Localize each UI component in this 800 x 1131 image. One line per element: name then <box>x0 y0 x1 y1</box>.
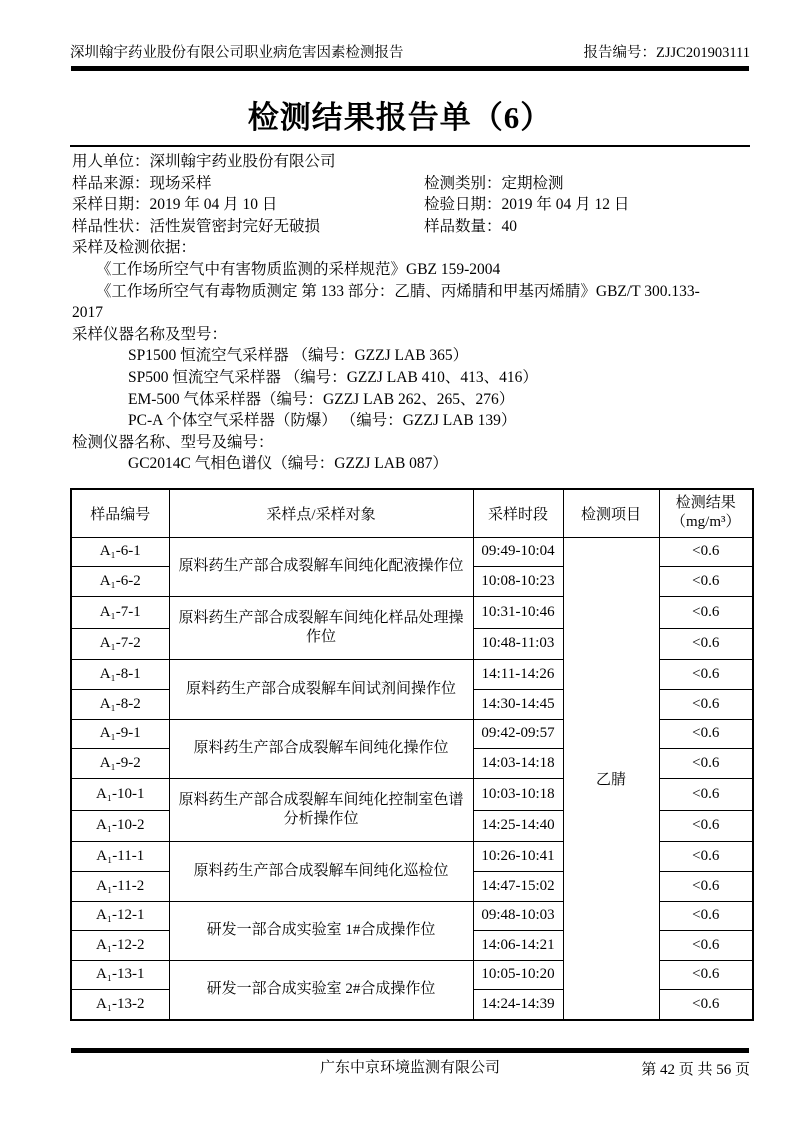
sample-id-cell: A₁-13-1 <box>71 960 169 990</box>
sample-id-cell: A₁-13-2 <box>71 990 169 1020</box>
col-header-test-item: 检测项目 <box>563 489 659 537</box>
result-cell: <0.6 <box>659 628 753 660</box>
sample-source-line: 样品来源：现场采样 检测类别：定期检测 <box>72 173 750 195</box>
table-header-row: 样品编号 采样点/采样对象 采样时段 检测项目 检测结果 （mg/m³） <box>71 489 753 537</box>
time-cell: 14:30-14:45 <box>473 689 563 719</box>
sample-id-cell: A₁-12-2 <box>71 931 169 961</box>
table-row: A₁-6-1 原料药生产部合成裂解车间纯化配液操作位 09:49-10:04 乙… <box>71 537 753 567</box>
employer-line: 用人单位：深圳翰宇药业股份有限公司 <box>72 151 750 173</box>
results-table: 样品编号 采样点/采样对象 采样时段 检测项目 检测结果 （mg/m³） A₁-… <box>70 488 754 1021</box>
result-cell: <0.6 <box>659 810 753 842</box>
sampling-point-cell: 原料药生产部合成裂解车间试剂间操作位 <box>169 660 473 719</box>
time-cell: 10:08-10:23 <box>473 567 563 597</box>
time-cell: 14:03-14:18 <box>473 749 563 779</box>
sample-id-cell: A₁-7-2 <box>71 628 169 660</box>
sample-id-cell: A₁-9-1 <box>71 719 169 749</box>
footer-rule <box>71 1048 749 1053</box>
time-cell: 10:48-11:03 <box>473 628 563 660</box>
sampling-instrument-item: PC-A 个体空气采样器（防爆） （编号：GZZJ LAB 139） <box>72 410 750 432</box>
time-cell: 14:24-14:39 <box>473 990 563 1020</box>
sample-condition: 样品性状：活性炭管密封完好无破损 <box>72 218 320 235</box>
time-cell: 14:06-14:21 <box>473 931 563 961</box>
sample-source: 样品来源：现场采样 <box>72 175 212 192</box>
sample-id-cell: A₁-8-2 <box>71 689 169 719</box>
test-category: 检测类别：定期检测 <box>424 173 564 195</box>
time-cell: 14:25-14:40 <box>473 810 563 842</box>
sample-id-cell: A₁-10-1 <box>71 778 169 810</box>
sample-id-cell: A₁-6-2 <box>71 567 169 597</box>
basis-ref-1: 《工作场所空气中有害物质监测的采样规范》GBZ 159-2004 <box>72 259 750 281</box>
result-cell: <0.6 <box>659 537 753 567</box>
sampling-instrument-item: EM-500 气体采样器（编号：GZZJ LAB 262、265、276） <box>72 389 750 411</box>
result-cell: <0.6 <box>659 931 753 961</box>
header-rule <box>71 66 749 71</box>
test-item-cell: 乙腈 <box>563 537 659 1020</box>
sample-id-cell: A₁-10-2 <box>71 810 169 842</box>
sampling-instrument-item: SP500 恒流空气采样器 （编号：GZZJ LAB 410、413、416） <box>72 367 750 389</box>
sample-condition-line: 样品性状：活性炭管密封完好无破损 样品数量：40 <box>72 216 750 238</box>
page-header: 深圳翰宇药业股份有限公司职业病危害因素检测报告 报告编号：ZJJC2019031… <box>70 44 750 62</box>
sample-id-cell: A₁-6-1 <box>71 537 169 567</box>
test-instruments-heading: 检测仪器名称、型号及编号： <box>72 432 750 454</box>
result-cell: <0.6 <box>659 660 753 690</box>
time-cell: 10:05-10:20 <box>473 960 563 990</box>
sample-quantity: 样品数量：40 <box>424 216 517 238</box>
time-cell: 09:48-10:03 <box>473 901 563 931</box>
sampling-date: 采样日期：2019 年 04 月 10 日 <box>72 196 277 213</box>
sampling-point-cell: 原料药生产部合成裂解车间纯化控制室色谱分析操作位 <box>169 778 473 842</box>
sampling-point-cell: 研发一部合成实验室 1#合成操作位 <box>169 901 473 960</box>
time-cell: 10:31-10:46 <box>473 596 563 628</box>
sample-id-cell: A₁-11-2 <box>71 871 169 901</box>
info-section: 用人单位：深圳翰宇药业股份有限公司 样品来源：现场采样 检测类别：定期检测 采样… <box>72 151 750 475</box>
sampling-point-cell: 原料药生产部合成裂解车间纯化配液操作位 <box>169 537 473 596</box>
time-cell: 10:03-10:18 <box>473 778 563 810</box>
sample-id-cell: A₁-12-1 <box>71 901 169 931</box>
result-cell: <0.6 <box>659 567 753 597</box>
result-cell: <0.6 <box>659 719 753 749</box>
report-page: 深圳翰宇药业股份有限公司职业病危害因素检测报告 报告编号：ZJJC2019031… <box>0 0 800 1131</box>
sample-id-cell: A₁-8-1 <box>71 660 169 690</box>
result-cell: <0.6 <box>659 842 753 872</box>
test-instrument-item: GC2014C 气相色谱仪（编号：GZZJ LAB 087） <box>72 453 750 475</box>
time-cell: 14:11-14:26 <box>473 660 563 690</box>
basis-ref-2-wrap: 2017 <box>72 302 750 324</box>
sampling-point-cell: 研发一部合成实验室 2#合成操作位 <box>169 960 473 1020</box>
title-rule <box>70 145 750 147</box>
basis-ref-2: 《工作场所空气有毒物质测定 第 133 部分：乙腈、丙烯腈和甲基丙烯腈》GBZ/… <box>72 281 750 303</box>
result-cell: <0.6 <box>659 990 753 1020</box>
report-number: 报告编号：ZJJC201903111 <box>584 44 751 62</box>
document-title: 检测结果报告单（6） <box>0 92 800 137</box>
result-cell: <0.6 <box>659 960 753 990</box>
col-header-result: 检测结果 （mg/m³） <box>659 489 753 537</box>
result-cell: <0.6 <box>659 778 753 810</box>
result-cell: <0.6 <box>659 901 753 931</box>
result-header-label: 检测结果 <box>665 494 748 513</box>
footer-page-info: 第 42 页 共 56 页 <box>641 1060 750 1080</box>
test-date: 检验日期：2019 年 04 月 12 日 <box>424 194 629 216</box>
col-header-time-period: 采样时段 <box>473 489 563 537</box>
time-cell: 09:49-10:04 <box>473 537 563 567</box>
sampling-instruments-heading: 采样仪器名称及型号： <box>72 324 750 346</box>
result-cell: <0.6 <box>659 871 753 901</box>
sampling-date-line: 采样日期：2019 年 04 月 10 日 检验日期：2019 年 04 月 1… <box>72 194 750 216</box>
col-header-sampling-point: 采样点/采样对象 <box>169 489 473 537</box>
result-cell: <0.6 <box>659 596 753 628</box>
sample-id-cell: A₁-9-2 <box>71 749 169 779</box>
sample-id-cell: A₁-7-1 <box>71 596 169 628</box>
sample-id-cell: A₁-11-1 <box>71 842 169 872</box>
sampling-point-cell: 原料药生产部合成裂解车间纯化巡检位 <box>169 842 473 901</box>
result-cell: <0.6 <box>659 689 753 719</box>
time-cell: 09:42-09:57 <box>473 719 563 749</box>
page-footer: 广东中京环境监测有限公司 第 42 页 共 56 页 <box>70 1058 750 1078</box>
col-header-sample-id: 样品编号 <box>71 489 169 537</box>
result-header-unit: （mg/m³） <box>665 513 748 532</box>
sampling-point-cell: 原料药生产部合成裂解车间纯化样品处理操作位 <box>169 596 473 660</box>
result-cell: <0.6 <box>659 749 753 779</box>
time-cell: 10:26-10:41 <box>473 842 563 872</box>
basis-heading: 采样及检测依据： <box>72 237 750 259</box>
sampling-instrument-item: SP1500 恒流空气采样器 （编号：GZZJ LAB 365） <box>72 345 750 367</box>
sampling-point-cell: 原料药生产部合成裂解车间纯化操作位 <box>169 719 473 778</box>
report-header-title: 深圳翰宇药业股份有限公司职业病危害因素检测报告 <box>70 44 404 62</box>
time-cell: 14:47-15:02 <box>473 871 563 901</box>
